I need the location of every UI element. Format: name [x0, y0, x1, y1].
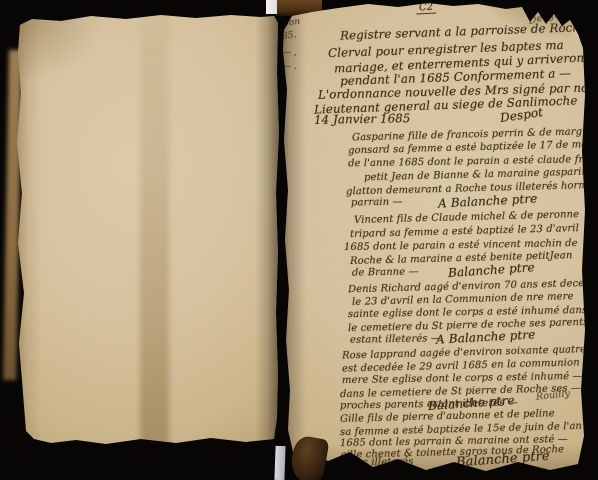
margin-note: — . [282, 62, 297, 72]
bookmark-ribbon-top [266, 0, 277, 14]
manuscript-line: estant illeterés — [350, 333, 441, 346]
manuscript-line: 14 Janvier 1685 [314, 111, 411, 127]
paper-edge-shade [16, 13, 42, 446]
gutter-shadow [255, 13, 279, 446]
torn-edge-fibers [3, 50, 22, 380]
manuscript-line: de Branne — [352, 266, 419, 278]
book-scan: C2 Desgrang bon 85. — , — . Registre ser… [0, 0, 598, 480]
right-page: C2 Desgrang bon 85. — , — . Registre ser… [278, 0, 592, 478]
manuscript-line: tous illeterés [346, 456, 414, 468]
folio-mark: C2 [416, 1, 437, 14]
left-page [16, 13, 279, 446]
paper-stain [140, 13, 169, 446]
manuscript-line: parrain — [351, 197, 403, 209]
margin-note: 85. [282, 30, 298, 41]
margin-note: — , [282, 48, 297, 58]
manuscript-line: tripard sa femme a esté baptizé le 23 d'… [350, 223, 579, 240]
margin-note-right: Rouilly [536, 388, 571, 403]
bookmark-ribbon-bottom [274, 446, 285, 480]
